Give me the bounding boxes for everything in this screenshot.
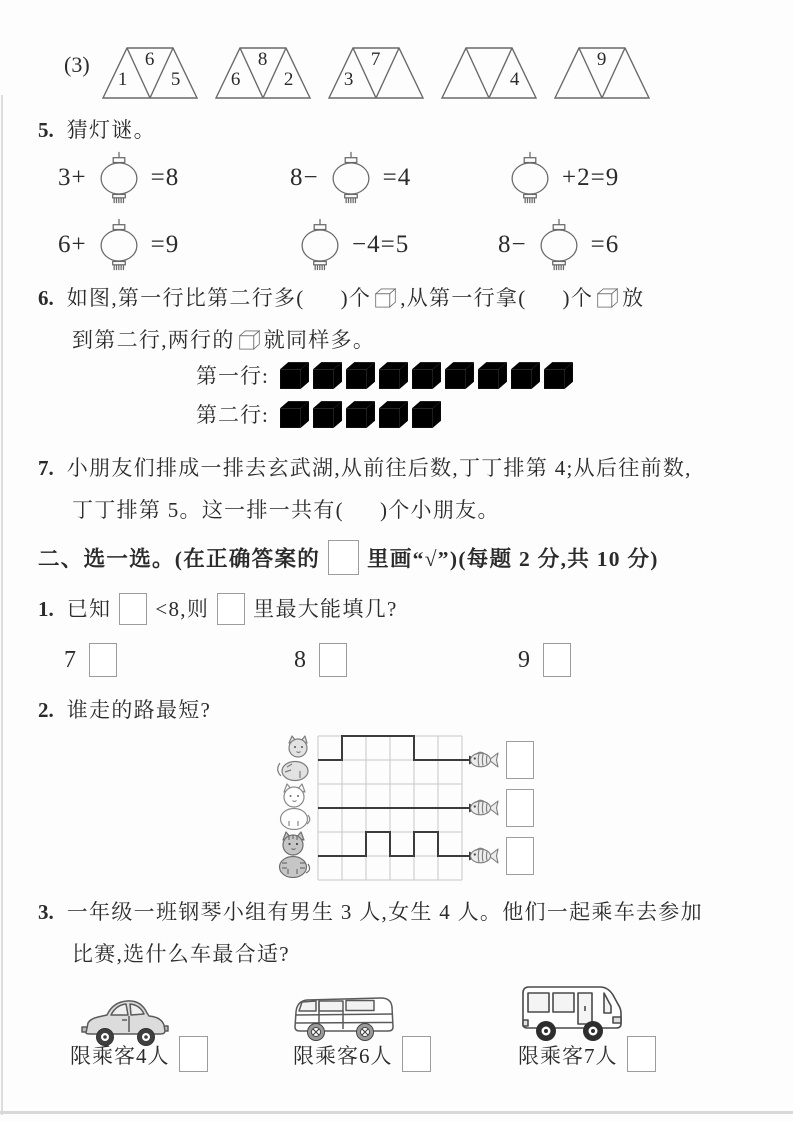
puzzle-number: 4 [507, 69, 523, 91]
cube-icon [378, 400, 409, 429]
fish-icon [468, 749, 500, 771]
answer-box[interactable] [506, 789, 534, 827]
path-grid [317, 735, 481, 883]
choice-3-line2: 比赛,选什么车最合适? [72, 938, 290, 968]
lantern-equation-5: −4=5 [288, 217, 409, 273]
caption-text: 限乘客4人 [70, 1040, 170, 1070]
cube-icon [279, 400, 310, 429]
equation-text: 6+ [58, 231, 87, 259]
caption-text: 限乘客6人 [293, 1040, 393, 1070]
cube-icon [411, 361, 442, 390]
lantern-equation-6: 8− =6 [498, 217, 619, 273]
tabby-cat-icon [274, 734, 314, 782]
cube-icon [345, 361, 376, 390]
puzzle-number: 2 [281, 69, 297, 91]
lantern-icon[interactable] [530, 217, 588, 273]
vehicle-caption-bus: 限乘客7人 [518, 1040, 656, 1072]
question-6-line2: 到第二行,两行的就同样多。 [72, 324, 375, 354]
answer-box[interactable] [89, 643, 117, 677]
fish-icon [468, 845, 500, 867]
equation-text: 8− [498, 231, 527, 259]
row-label: 第二行: [196, 399, 269, 429]
puzzle-number: 5 [168, 69, 184, 91]
lantern-equation-3: +2=9 [498, 150, 619, 206]
cube-row-2: 第二行: [196, 399, 442, 429]
answer-box[interactable] [627, 1036, 656, 1072]
cube-icon [345, 400, 376, 429]
page-bottom-edge [0, 1111, 793, 1114]
equation-text: =8 [151, 164, 180, 192]
equation-text: 3+ [58, 164, 87, 192]
cube-icon [375, 288, 396, 308]
equation-text: −4=5 [352, 231, 409, 259]
option-label: 7 [64, 647, 76, 674]
path-figure [274, 724, 574, 890]
answer-box[interactable] [179, 1036, 208, 1072]
striped-cat-icon [274, 830, 314, 878]
vehicle-caption-van: 限乘客6人 [293, 1040, 431, 1072]
caption-text: 限乘客7人 [518, 1040, 618, 1070]
puzzle-number: 3 [341, 69, 357, 91]
answer-box[interactable] [319, 643, 347, 677]
equation-text: +2=9 [562, 164, 619, 192]
question-5-heading: 5.猜灯谜。 [38, 114, 156, 144]
vehicle-caption-car: 限乘客4人 [70, 1040, 208, 1072]
triangle-puzzle-5[interactable]: 9 [554, 46, 650, 100]
question-title: 猜灯谜。 [67, 118, 156, 142]
answer-box[interactable] [506, 741, 534, 779]
question-7-line1: 7.小朋友们排成一排去玄武湖,从前往后数,丁丁排第 4;从后往前数, [38, 452, 692, 482]
answer-box[interactable] [402, 1036, 431, 1072]
question-number: 1. [38, 597, 54, 621]
question-number: 7. [38, 456, 54, 480]
white-cat-icon [274, 782, 314, 830]
puzzle-number: 9 [594, 49, 610, 71]
choice-3-line1: 3.一年级一班钢琴小组有男生 3 人,女生 4 人。他们一起乘车去参加 [38, 896, 703, 926]
row-label: 第一行: [196, 360, 269, 390]
question-6-line1: 6.如图,第一行比第二行多()个,从第一行拿()个放 [38, 282, 644, 312]
cube-row-1: 第一行: [196, 360, 574, 390]
triangle-puzzle-2[interactable]: 6 8 2 [215, 46, 311, 100]
cube-icon [239, 330, 260, 350]
lantern-icon[interactable] [90, 150, 148, 206]
page-left-edge [1, 95, 3, 1115]
equation-text: 8− [290, 164, 319, 192]
cube-icon [312, 361, 343, 390]
cube-icon [312, 400, 343, 429]
lantern-icon[interactable] [90, 217, 148, 273]
lantern-icon[interactable] [501, 150, 559, 206]
item-label: (3) [64, 52, 90, 78]
cube-icon [444, 361, 475, 390]
cube-icon [411, 400, 442, 429]
puzzle-number: 8 [255, 49, 271, 71]
question-number: 5. [38, 118, 54, 142]
option-label: 8 [294, 647, 306, 674]
fish-icon [468, 797, 500, 819]
cube-icon [597, 288, 618, 308]
question-number: 3. [38, 900, 54, 924]
choice-1-option-9: 9 [518, 643, 571, 677]
option-label: 9 [518, 647, 530, 674]
puzzle-number: 6 [142, 49, 158, 71]
equation-text: =4 [383, 164, 412, 192]
choice-1-option-7: 7 [64, 643, 117, 677]
item-3-triangle-puzzles: (3) 1 6 5 6 8 2 3 7 4 9 [64, 46, 667, 100]
lantern-equation-1: 3+ =8 [58, 150, 179, 206]
worksheet-page: (3) 1 6 5 6 8 2 3 7 4 9 [0, 0, 793, 1122]
answer-box[interactable] [506, 837, 534, 875]
answer-box[interactable] [217, 593, 245, 625]
choice-1-option-8: 8 [294, 643, 347, 677]
cube-icon [510, 361, 541, 390]
triangle-puzzle-1[interactable]: 1 6 5 [102, 46, 198, 100]
question-number: 2. [38, 698, 54, 722]
cube-icon [378, 361, 409, 390]
answer-box[interactable] [328, 540, 359, 575]
cube-icon [543, 361, 574, 390]
choice-1-text: 1.已知<8,则里最大能填几? [38, 593, 398, 625]
lantern-equation-4: 6+ =9 [58, 217, 179, 273]
puzzle-number: 6 [228, 69, 244, 91]
puzzle-number: 1 [115, 69, 131, 91]
cube-icon [477, 361, 508, 390]
lantern-icon[interactable] [291, 217, 349, 273]
puzzle-number: 7 [368, 49, 384, 71]
lantern-equation-2: 8− =4 [290, 150, 411, 206]
answer-box[interactable] [543, 643, 571, 677]
equation-text: =9 [151, 231, 180, 259]
lantern-icon[interactable] [322, 150, 380, 206]
equation-text: =6 [591, 231, 620, 259]
section-2-heading: 二、选一选。(在正确答案的里画“√”)(每题 2 分,共 10 分) [38, 540, 659, 575]
question-7-line2: 丁丁排第 5。这一排一共有()个小朋友。 [72, 494, 500, 524]
triangle-puzzle-4[interactable]: 4 [441, 46, 537, 100]
answer-box[interactable] [119, 593, 147, 625]
triangle-puzzle-3[interactable]: 3 7 [328, 46, 424, 100]
cube-icon [279, 361, 310, 390]
van-icon [291, 986, 396, 1048]
choice-2-text: 2.谁走的路最短? [38, 694, 211, 724]
question-number: 6. [38, 286, 54, 310]
